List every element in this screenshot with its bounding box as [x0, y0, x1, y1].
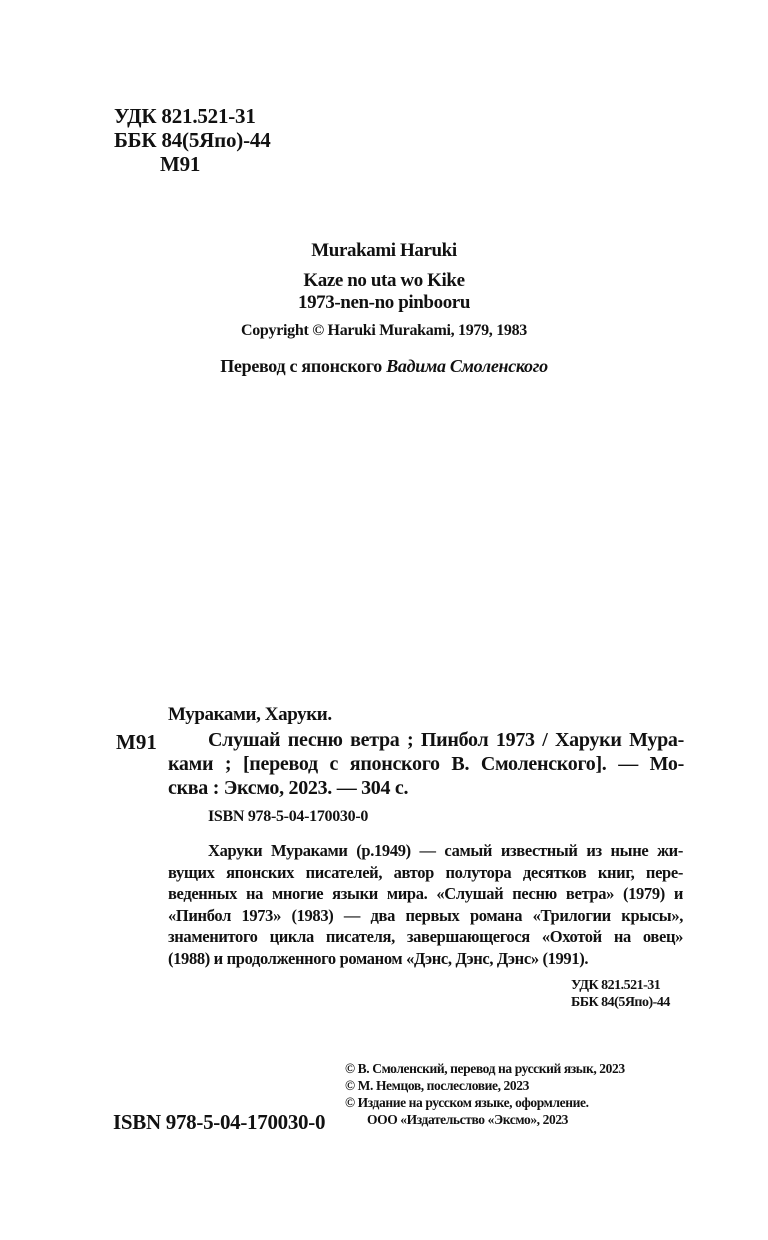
record-author-heading: Мураками, Харуки. [168, 704, 332, 726]
notice-line: ООО «Издательство «Эксмо», 2023 [345, 1111, 625, 1128]
translation-prefix: Перевод с японского [220, 356, 386, 376]
bbk-code: ББК 84(5Япо)-44 [114, 128, 271, 152]
record-isbn: ISBN 978-5-04-170030-0 [208, 808, 368, 826]
copyright-line: Copyright © Haruki Murakami, 1979, 1983 [0, 322, 768, 340]
record-line: сква : Эксмо, 2023. — 304 с. [168, 776, 684, 800]
isbn-bottom: ISBN 978-5-04-170030-0 [113, 1110, 325, 1135]
translation-credit: Перевод с японского Вадима Смоленского [0, 356, 768, 377]
udk-code: УДК 821.521-31 [114, 104, 271, 128]
record-line: Слушай песню ветра ; Пинбол 1973 / Харук… [168, 728, 684, 752]
copyright-notices: © В. Смоленский, перевод на русский язык… [345, 1060, 625, 1128]
notice-line: © В. Смоленский, перевод на русский язык… [345, 1060, 625, 1077]
notice-line: © М. Немцов, послесловие, 2023 [345, 1077, 625, 1094]
record-line: ками ; [перевод с японского В. Смоленско… [168, 752, 684, 776]
translator-name: Вадима Смоленского [386, 356, 548, 376]
udk-code: УДК 821.521-31 [571, 977, 670, 994]
author-mark: М91 [114, 152, 271, 176]
annotation-line: «Пинбол 1973» (1983) — два первых романа… [168, 905, 683, 927]
bbk-code: ББК 84(5Япо)-44 [571, 994, 670, 1011]
original-title-1: Kaze no uta wo Kike [0, 270, 768, 292]
record-author-mark: М91 [116, 730, 157, 755]
annotation-line: (1988) и продолженного романом «Дэнс, Дэ… [168, 948, 683, 970]
original-author: Murakami Haruki [0, 240, 768, 262]
record-description: Слушай песню ветра ; Пинбол 1973 / Харук… [168, 728, 684, 800]
annotation-line: веденных на многие языки мира. «Слушай п… [168, 883, 683, 905]
classification-bottom: УДК 821.521-31 ББК 84(5Япо)-44 [571, 977, 670, 1011]
notice-line: © Издание на русском языке, оформление. [345, 1094, 625, 1111]
classification-top: УДК 821.521-31 ББК 84(5Япо)-44 М91 [114, 104, 271, 176]
original-title-2: 1973-nen-no pinbooru [0, 292, 768, 314]
annotation-line: знаменитого цикла писателя, завершающего… [168, 926, 683, 948]
annotation-paragraph: Харуки Мураками (р.1949) — самый известн… [168, 840, 683, 969]
annotation-line: Харуки Мураками (р.1949) — самый известн… [168, 840, 683, 862]
annotation-line: вущих японских писателей, автор полутора… [168, 862, 683, 884]
